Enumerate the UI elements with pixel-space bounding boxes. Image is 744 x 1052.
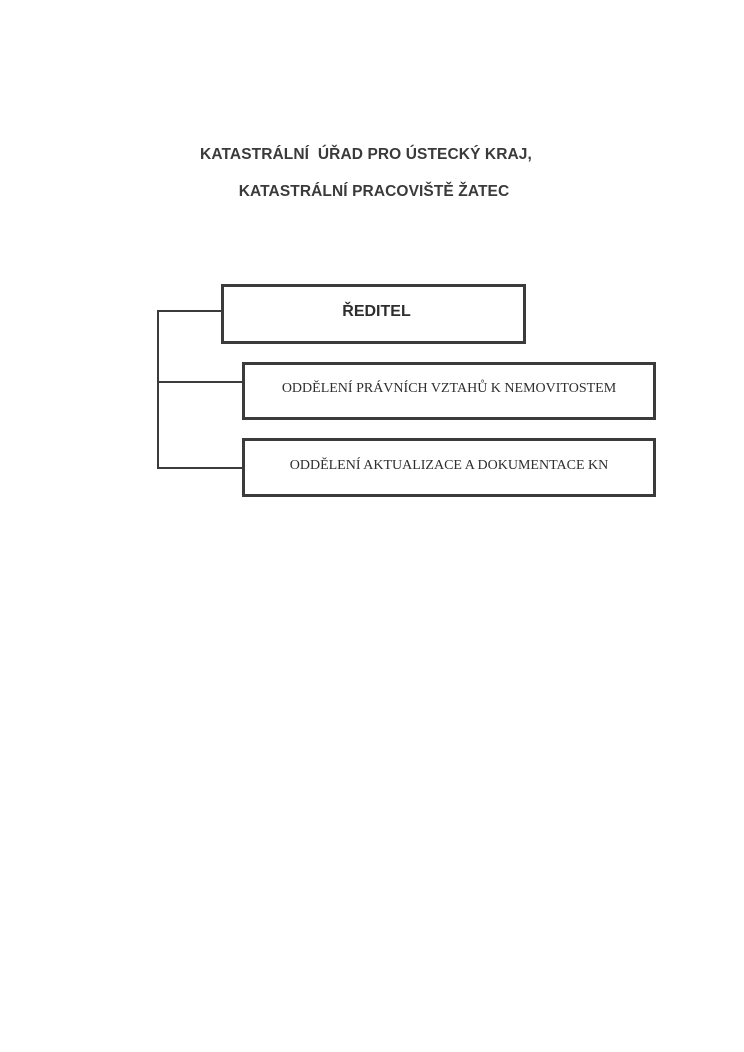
org-box-department-legal: ODDĚLENÍ PRÁVNÍCH VZTAHŮ K NEMOVITOSTEM — [242, 362, 656, 420]
connector-vertical-line — [157, 310, 159, 469]
connector-line-department-2 — [157, 467, 243, 469]
document-title-line-1: KATASTRÁLNÍ ÚŘAD PRO ÚSTECKÝ KRAJ, — [0, 146, 738, 164]
department-label: ODDĚLENÍ PRÁVNÍCH VZTAHŮ K NEMOVITOSTEM — [282, 381, 616, 397]
connector-line-department-1 — [157, 381, 243, 383]
org-box-department-documentation: ODDĚLENÍ AKTUALIZACE A DOKUMENTACE KN — [242, 438, 656, 497]
document-title-line-2: KATASTRÁLNÍ PRACOVIŠTĚ ŽATEC — [2, 183, 744, 201]
director-label: ŘEDITEL — [342, 303, 410, 321]
org-box-director: ŘEDITEL — [221, 284, 526, 344]
connector-line-head — [157, 310, 222, 312]
department-label: ODDĚLENÍ AKTUALIZACE A DOKUMENTACE KN — [290, 458, 609, 474]
